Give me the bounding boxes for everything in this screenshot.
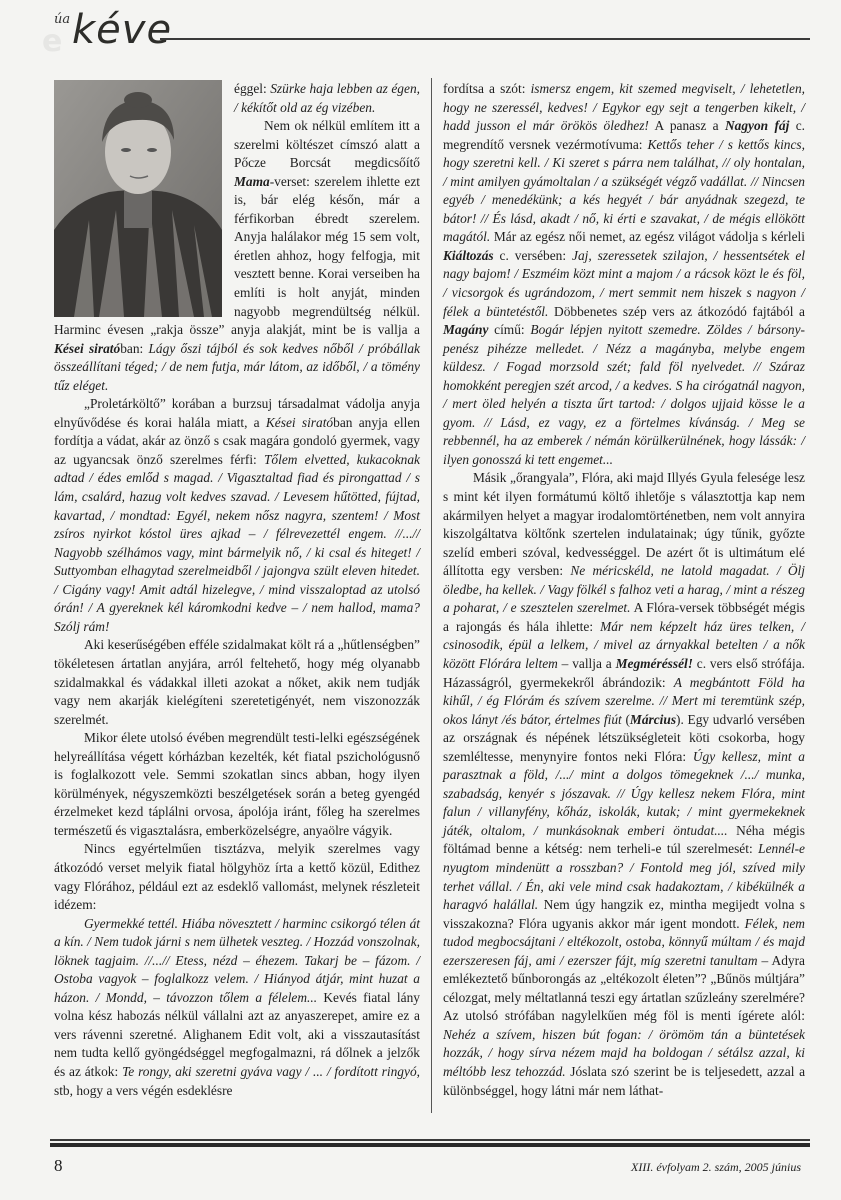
body-text: (: [622, 712, 630, 727]
portrait-photo: [54, 80, 222, 317]
quoted-text: Bogár lépjen nyitott szemedre. Zöldes / …: [443, 322, 805, 467]
body-text: éggel:: [234, 81, 270, 96]
left-paragraph-6: Nincs egyértelműen tisztázva, melyik sze…: [54, 840, 420, 914]
header-rule: [160, 38, 810, 40]
masthead-watermark: e: [42, 24, 62, 59]
page-number: 8: [54, 1156, 63, 1176]
left-paragraph-5: Mikor élete utolsó évében megrendült tes…: [54, 729, 420, 840]
quoted-text: Tőlem elvetted, kukacoknak adtad / édes …: [54, 452, 420, 634]
body-text: Már az egész női nemet, az egész világot…: [490, 229, 805, 244]
footer-rule-thin: [50, 1139, 810, 1141]
body-text: fordítsa a szót:: [443, 81, 531, 96]
issue-info: XIII. évfolyam 2. szám, 2005 június: [631, 1160, 801, 1175]
body-text: – vallja a: [558, 656, 616, 671]
portrait-image-icon: [54, 80, 222, 317]
body-text: Mikor élete utolsó évében megrendült tes…: [54, 730, 420, 838]
quoted-text: Kiáltozás: [443, 248, 494, 263]
left-paragraph-4: Aki keserűségében efféle szidalmakat köl…: [54, 636, 420, 729]
left-paragraph-3: „Proletárköltő” korában a burzsuj társad…: [54, 395, 420, 636]
logo-title: kéve: [72, 8, 172, 52]
quoted-text: Kései sirató: [54, 341, 120, 356]
quoted-text: Kései sirató: [266, 415, 333, 430]
left-column: éggel: Szürke haja lebben az égen, / kék…: [54, 80, 420, 1100]
right-column: fordítsa a szót: ismersz engem, kit szem…: [443, 80, 805, 1100]
column-divider: [431, 78, 432, 1113]
quoted-text: Mama: [234, 174, 270, 189]
quoted-text: Megméréssél!: [616, 656, 693, 671]
body-text: A panasz a: [649, 118, 725, 133]
body-text: c. versében:: [494, 248, 572, 263]
body-text: Döbbenetes szép vers az átkozódó fajtábó…: [548, 304, 805, 319]
body-text: Nem ok nélkül említem itt a szerelmi köl…: [234, 118, 420, 170]
quoted-text: Március: [630, 712, 676, 727]
footer-rule-thick: [50, 1143, 810, 1147]
quoted-text: Magány: [443, 322, 488, 337]
logo-prefix: úa: [54, 12, 70, 27]
right-paragraph-1: fordítsa a szót: ismersz engem, kit szem…: [443, 80, 805, 469]
quoted-text: Nagyon fáj: [725, 118, 789, 133]
quoted-text: Te rongy, aki szeretni gyáva vagy / ... …: [122, 1064, 417, 1079]
left-paragraph-7: Gyermekké tettél. Hiába növesztett / har…: [54, 915, 420, 1100]
body-text: Nincs egyértelműen tisztázva, melyik sze…: [54, 841, 420, 912]
masthead: e úa kéve: [50, 6, 810, 56]
body-text: Aki keserűségében efféle szidalmakat köl…: [54, 637, 420, 726]
body-text: ban:: [120, 341, 148, 356]
body-text: című:: [488, 322, 530, 337]
right-paragraph-2: Másik „őrangyala”, Flóra, aki majd Illyé…: [443, 469, 805, 1100]
